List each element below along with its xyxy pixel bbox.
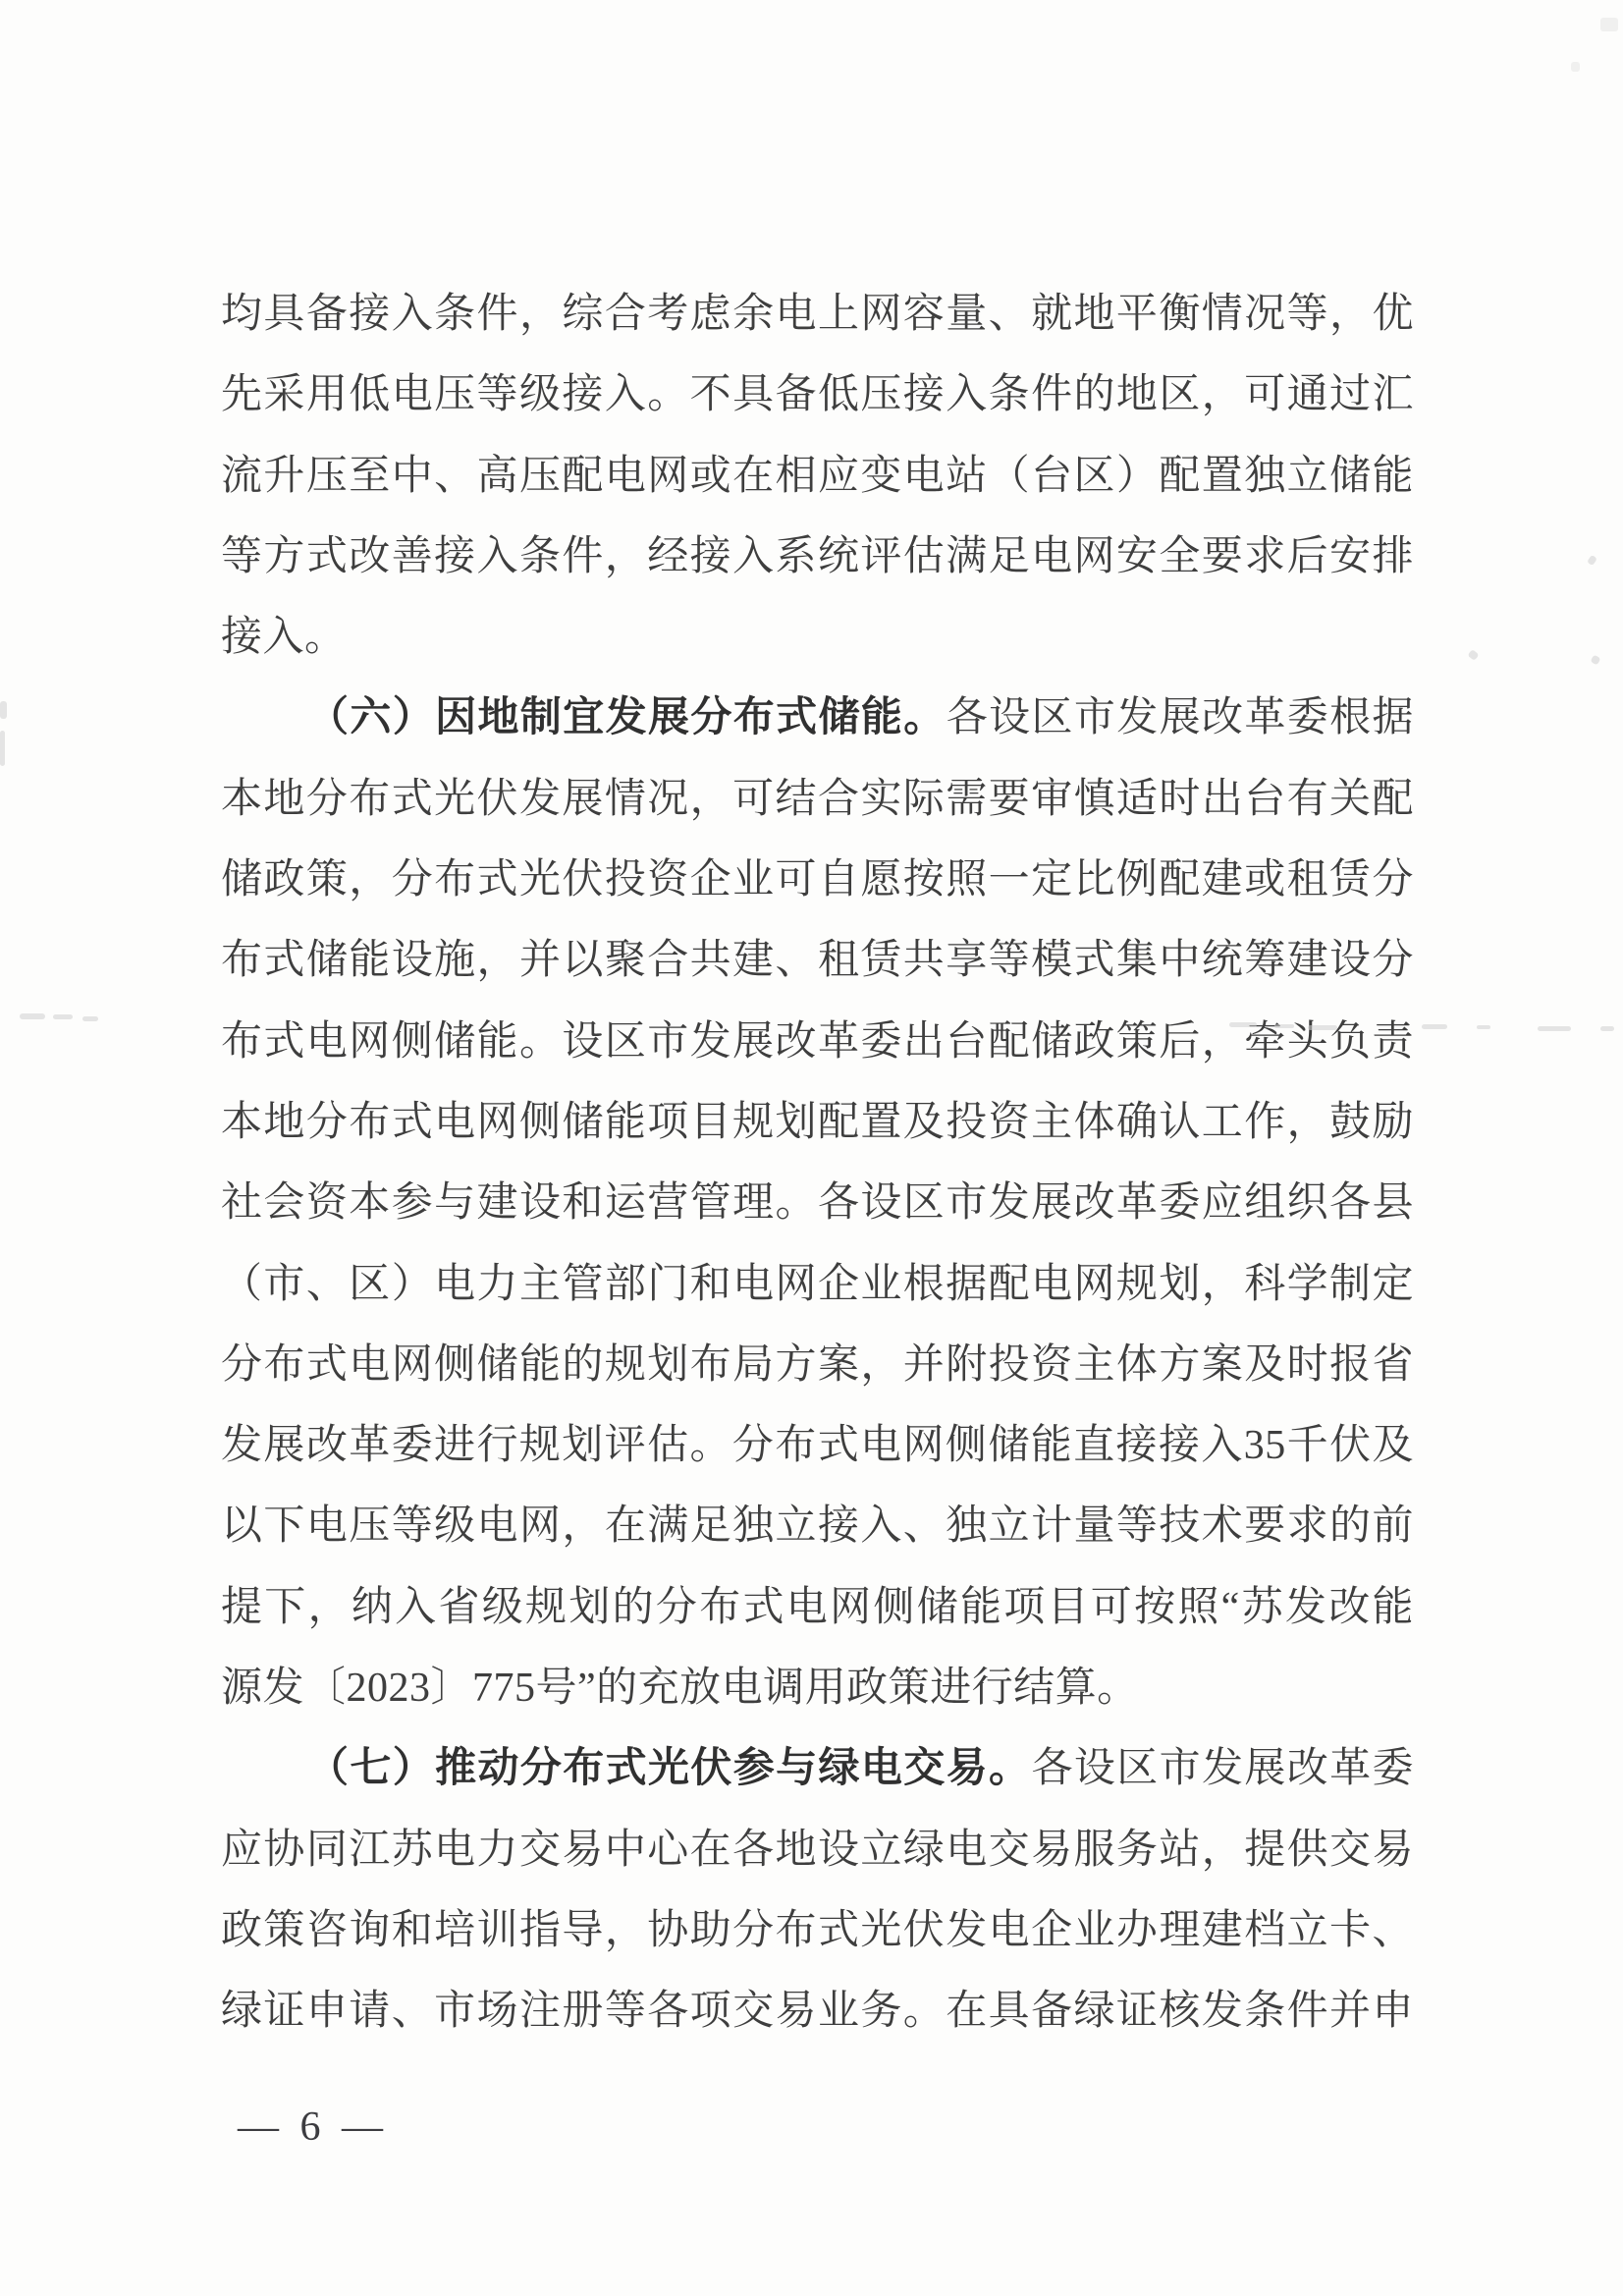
scan-artifact <box>1538 1026 1571 1031</box>
text-line: 绿证申请、市场注册等各项交易业务。在具备绿证核发条件并申 <box>221 1971 1414 2051</box>
scan-artifact <box>53 1014 73 1019</box>
text-line: 先采用低电压等级接入。不具备低压接入条件的地区，可通过汇 <box>221 355 1414 435</box>
text-line: 布式电网侧储能。设区市发展改革委出台配储政策后，牵头负责 <box>221 1002 1414 1082</box>
text-line: 政策咨询和培训指导，协助分布式光伏发电企业办理建档立卡、 <box>221 1890 1414 1971</box>
text-line: 等方式改善接入条件，经接入系统评估满足电网安全要求后安排 <box>221 517 1414 597</box>
scan-artifact <box>1600 1026 1614 1031</box>
text-line: 均具备接入条件，综合考虑余电上网容量、就地平衡情况等，优 <box>221 274 1414 355</box>
body-text-segment: 流升压至中、高压配电网或在相应变电站（台区）配置独立储能 <box>221 454 1414 499</box>
body-text-segment: 布式储能设施，并以聚合共建、租赁共享等模式集中统筹建设分 <box>221 938 1414 983</box>
body-text-segment: 均具备接入条件，综合考虑余电上网容量、就地平衡情况等，优 <box>221 292 1414 337</box>
body-text-segment: 分布式电网侧储能的规划布局方案，并附投资主体方案及时报省 <box>221 1342 1414 1388</box>
text-line: 分布式电网侧储能的规划布局方案，并附投资主体方案及时报省 <box>221 1325 1414 1405</box>
text-line: 以下电压等级电网，在满足独立接入、独立计量等技术要求的前 <box>221 1486 1414 1566</box>
text-line: 接入。 <box>221 597 1414 678</box>
text-line: 布式储能设施，并以聚合共建、租赁共享等模式集中统筹建设分 <box>221 920 1414 1001</box>
text-line: 应协同江苏电力交易中心在各地设立绿电交易服务站，提供交易 <box>221 1810 1414 1890</box>
scan-artifact <box>0 731 5 766</box>
scan-artifact <box>1600 18 1618 31</box>
scan-artifact <box>1587 555 1597 566</box>
body-text-segment: 绿证申请、市场注册等各项交易业务。在具备绿证核发条件并申 <box>221 1989 1414 2034</box>
scan-artifact <box>1477 1025 1490 1029</box>
page-number: — 6 — <box>238 2105 384 2149</box>
scan-artifact <box>82 1016 98 1021</box>
scan-artifact <box>1422 1024 1447 1029</box>
body-text-segment: 应协同江苏电力交易中心在各地设立绿电交易服务站，提供交易 <box>221 1828 1414 1873</box>
text-line: （七）推动分布式光伏参与绿电交易。各设区市发展改革委 <box>221 1728 1414 1809</box>
scan-artifact <box>1274 1024 1294 1028</box>
body-text-segment: 本地分布式电网侧储能项目规划配置及投资主体确认工作，鼓励 <box>221 1100 1414 1145</box>
body-text-segment: 各设区市发展改革委根据 <box>947 695 1414 740</box>
scan-artifact <box>1229 1022 1257 1027</box>
text-line: 流升压至中、高压配电网或在相应变电站（台区）配置独立储能 <box>221 436 1414 517</box>
document-page: 均具备接入条件，综合考虑余电上网容量、就地平衡情况等，优先采用低电压等级接入。不… <box>0 0 1623 2296</box>
text-line: 源发〔2023〕775号”的充放电调用政策进行结算。 <box>221 1648 1414 1728</box>
body-text-segment: 等方式改善接入条件，经接入系统评估满足电网安全要求后安排 <box>221 534 1414 579</box>
body-text-segment: 社会资本参与建设和运营管理。各设区市发展改革委应组织各县 <box>221 1180 1414 1226</box>
scan-artifact <box>1591 655 1601 666</box>
text-line: （六）因地制宜发展分布式储能。各设区市发展改革委根据 <box>221 678 1414 758</box>
text-line: 储政策，分布式光伏投资企业可自愿按照一定比例配建或租赁分 <box>221 840 1414 920</box>
body-text-segment: 先采用低电压等级接入。不具备低压接入条件的地区，可通过汇 <box>221 372 1414 417</box>
text-line: 发展改革委进行规划评估。分布式电网侧储能直接接入35千伏及 <box>221 1405 1414 1486</box>
scan-artifact <box>1308 1025 1337 1030</box>
body-text-segment: 政策咨询和培训指导，协助分布式光伏发电企业办理建档立卡、 <box>221 1908 1414 1953</box>
text-line: （市、区）电力主管部门和电网企业根据配电网规划，科学制定 <box>221 1244 1414 1325</box>
body-text-segment: 源发〔2023〕775号”的充放电调用政策进行结算。 <box>221 1666 1139 1711</box>
text-line: 本地分布式电网侧储能项目规划配置及投资主体确认工作，鼓励 <box>221 1082 1414 1163</box>
document-body: 均具备接入条件，综合考虑余电上网容量、就地平衡情况等，优先采用低电压等级接入。不… <box>221 274 1414 2052</box>
scan-artifact <box>1571 62 1580 72</box>
body-text-segment: 发展改革委进行规划评估。分布式电网侧储能直接接入35千伏及 <box>221 1423 1414 1468</box>
text-line: 本地分布式光伏发展情况，可结合实际需要审慎适时出台有关配 <box>221 759 1414 840</box>
body-text-segment: 接入。 <box>221 615 347 660</box>
body-text-segment: 储政策，分布式光伏投资企业可自愿按照一定比例配建或租赁分 <box>221 857 1414 902</box>
body-text-segment: 各设区市发展改革委 <box>1031 1746 1414 1791</box>
text-line: 社会资本参与建设和运营管理。各设区市发展改革委应组织各县 <box>221 1163 1414 1243</box>
section-heading: （七）推动分布式光伏参与绿电交易。 <box>307 1746 1031 1791</box>
scan-artifact <box>1467 649 1479 661</box>
scan-artifact <box>0 701 7 719</box>
scan-artifact <box>20 1013 45 1019</box>
body-text-segment: （市、区）电力主管部门和电网企业根据配电网规划，科学制定 <box>221 1262 1414 1307</box>
section-heading: （六）因地制宜发展分布式储能。 <box>307 695 947 740</box>
body-text-segment: 本地分布式光伏发展情况，可结合实际需要审慎适时出台有关配 <box>221 777 1414 822</box>
text-line: 提下，纳入省级规划的分布式电网侧储能项目可按照“苏发改能 <box>221 1567 1414 1648</box>
body-text-segment: 以下电压等级电网，在满足独立接入、独立计量等技术要求的前 <box>221 1503 1414 1549</box>
body-text-segment: 提下，纳入省级规划的分布式电网侧储能项目可按照“苏发改能 <box>221 1585 1414 1630</box>
